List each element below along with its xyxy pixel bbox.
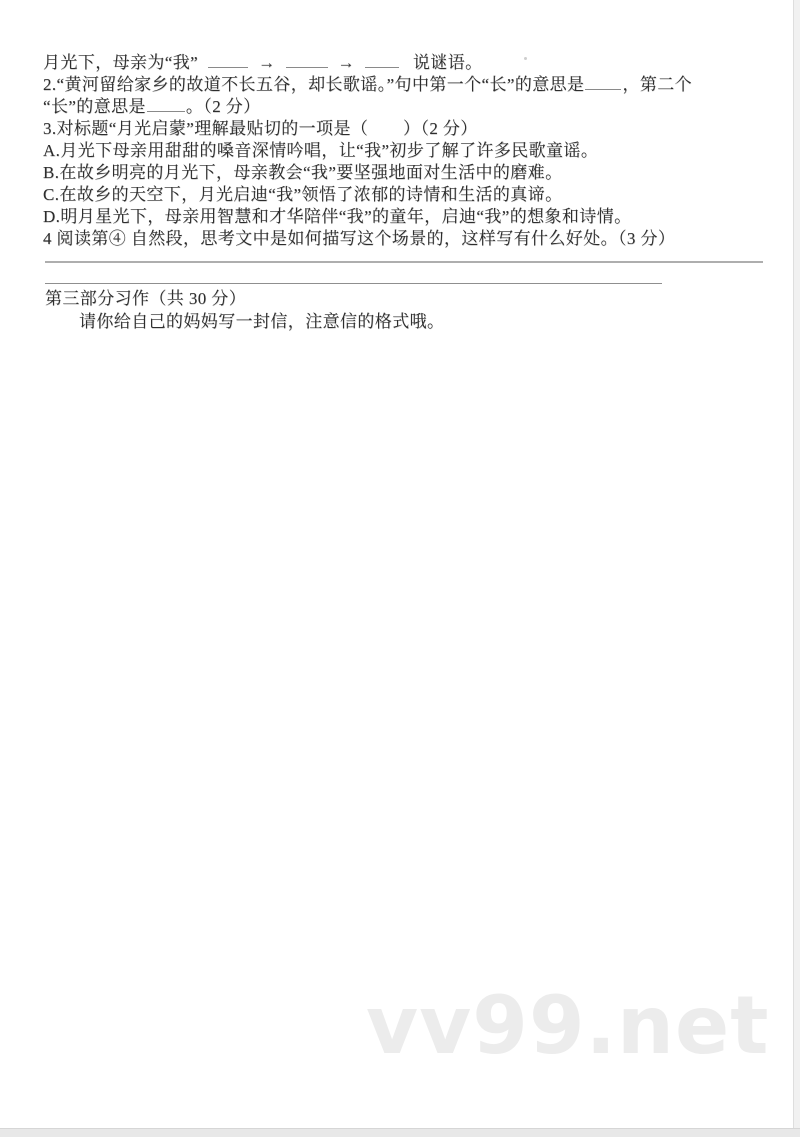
q1-answer-blank-1 — [208, 53, 248, 68]
q2-answer-blank-2 — [147, 97, 185, 112]
q2-answer-blank-1 — [585, 75, 621, 90]
question-2-line-1: 2.“黄河留给家乡的故道不长五谷，却长歌谣。”句中第一个“长”的意思是，第二个 — [43, 74, 773, 96]
question-3-stem: 3.对标题“月光启蒙”理解最贴切的一项是（ ）（2 分） — [43, 118, 773, 140]
question-3-option-d: D.明月星光下，母亲用智慧和才华陪伴“我”的童年，启迪“我”的想象和诗情。 — [43, 206, 773, 228]
q2-line2-prefix: “长”的意思是 — [43, 97, 146, 116]
question-3-option-b: B.在故乡明亮的月光下，母亲教会“我”要坚强地面对生活中的磨难。 — [43, 162, 773, 184]
section-3-title: 第三部分习作（共 30 分） — [45, 288, 246, 310]
q2-line2-suffix: 。（2 分） — [186, 97, 261, 116]
option-c-text: C.在故乡的天空下，月光启迪“我”领悟了浓郁的诗情和生活的真谛。 — [43, 185, 562, 204]
section-3-writing-prompt: 请你给自己的妈妈写一封信，注意信的格式哦。 — [79, 311, 444, 333]
q2-text-prefix: 2.“黄河留给家乡的故道不长五谷，却长歌谣。”句中第一个“长”的意思是 — [43, 75, 584, 94]
q4-stem-text: 4 阅读第④ 自然段，思考文中是如何描写这个场景的，这样写有什么好处。（3 分） — [43, 229, 675, 248]
q1-text-prefix: 月光下，母亲为“我” — [43, 53, 198, 72]
watermark-text: vv99.net — [366, 986, 769, 1066]
question-2-line-2: “长”的意思是。（2 分） — [43, 96, 773, 118]
option-b-text: B.在故乡明亮的月光下，母亲教会“我”要坚强地面对生活中的磨难。 — [43, 163, 562, 182]
scan-speck-artifact — [524, 57, 527, 60]
answer-rule-line-1 — [45, 261, 763, 263]
question-3-option-a: A.月光下母亲用甜甜的嗓音深情吟唱，让“我”初步了解了许多民歌童谣。 — [43, 140, 773, 162]
question-4-stem: 4 阅读第④ 自然段，思考文中是如何描写这个场景的，这样写有什么好处。（3 分） — [43, 228, 773, 250]
q2-text-suffix: ，第二个 — [622, 75, 692, 94]
option-d-text: D.明月星光下，母亲用智慧和才华陪伴“我”的童年，启迪“我”的想象和诗情。 — [43, 207, 632, 226]
question-3-option-c: C.在故乡的天空下，月光启迪“我”领悟了浓郁的诗情和生活的真谛。 — [43, 184, 773, 206]
scanned-test-page: 月光下，母亲为“我”→→说谜语。 2.“黄河留给家乡的故道不长五谷，却长歌谣。”… — [0, 0, 800, 1137]
question-text-block: 月光下，母亲为“我”→→说谜语。 2.“黄河留给家乡的故道不长五谷，却长歌谣。”… — [43, 52, 773, 250]
arrow-right-icon: → — [258, 53, 275, 72]
q3-stem-text: 3.对标题“月光启蒙”理解最贴切的一项是（ ）（2 分） — [43, 119, 478, 138]
page-right-edge-shadow — [793, 0, 800, 1129]
arrow-right-icon: → — [338, 53, 355, 72]
option-a-text: A.月光下母亲用甜甜的嗓音深情吟唱，让“我”初步了解了许多民歌童谣。 — [43, 141, 598, 160]
question-1-line: 月光下，母亲为“我”→→说谜语。 — [43, 52, 773, 74]
q1-answer-blank-2 — [286, 53, 328, 68]
q1-text-suffix: 说谜语。 — [413, 53, 483, 72]
page-bottom-edge-shadow — [0, 1128, 800, 1137]
q1-answer-blank-3 — [365, 53, 399, 68]
answer-rule-line-2 — [45, 283, 662, 284]
